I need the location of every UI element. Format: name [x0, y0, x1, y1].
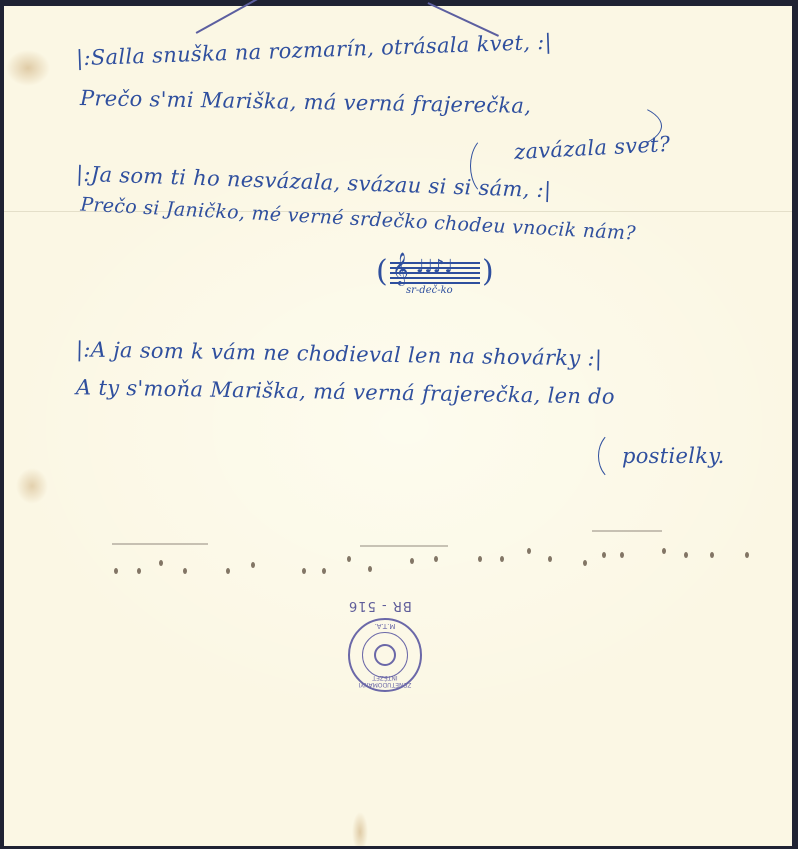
music-lyric-syllables: sr-deč-ko — [406, 285, 453, 296]
stamp-inner-ring — [362, 632, 408, 678]
manuscript-page — [4, 6, 793, 846]
music-open-paren: ( — [376, 254, 388, 289]
scan-border-right — [792, 0, 798, 849]
verse-3-line-3: postielky. — [622, 444, 725, 468]
stamp-ring-text: ZENETUDOMÁNYI INTÉZET — [350, 674, 420, 688]
scan-border-left — [0, 0, 4, 849]
wreath-emblem-icon — [374, 644, 396, 666]
archive-shelfmark: BR - 516 — [348, 598, 412, 613]
music-close-paren: ) — [482, 254, 494, 289]
music-notes-icon: ♩♩♪♩ — [416, 256, 453, 277]
treble-clef-icon: 𝄞 — [392, 252, 409, 286]
music-notation: ( 𝄞 ♩♩♪♩ sr-deč-ko ) — [376, 252, 496, 304]
stamp-bottom-text: M.T.A. — [350, 622, 420, 630]
archive-stamp: ZENETUDOMÁNYI INTÉZET M.T.A. — [348, 618, 422, 692]
